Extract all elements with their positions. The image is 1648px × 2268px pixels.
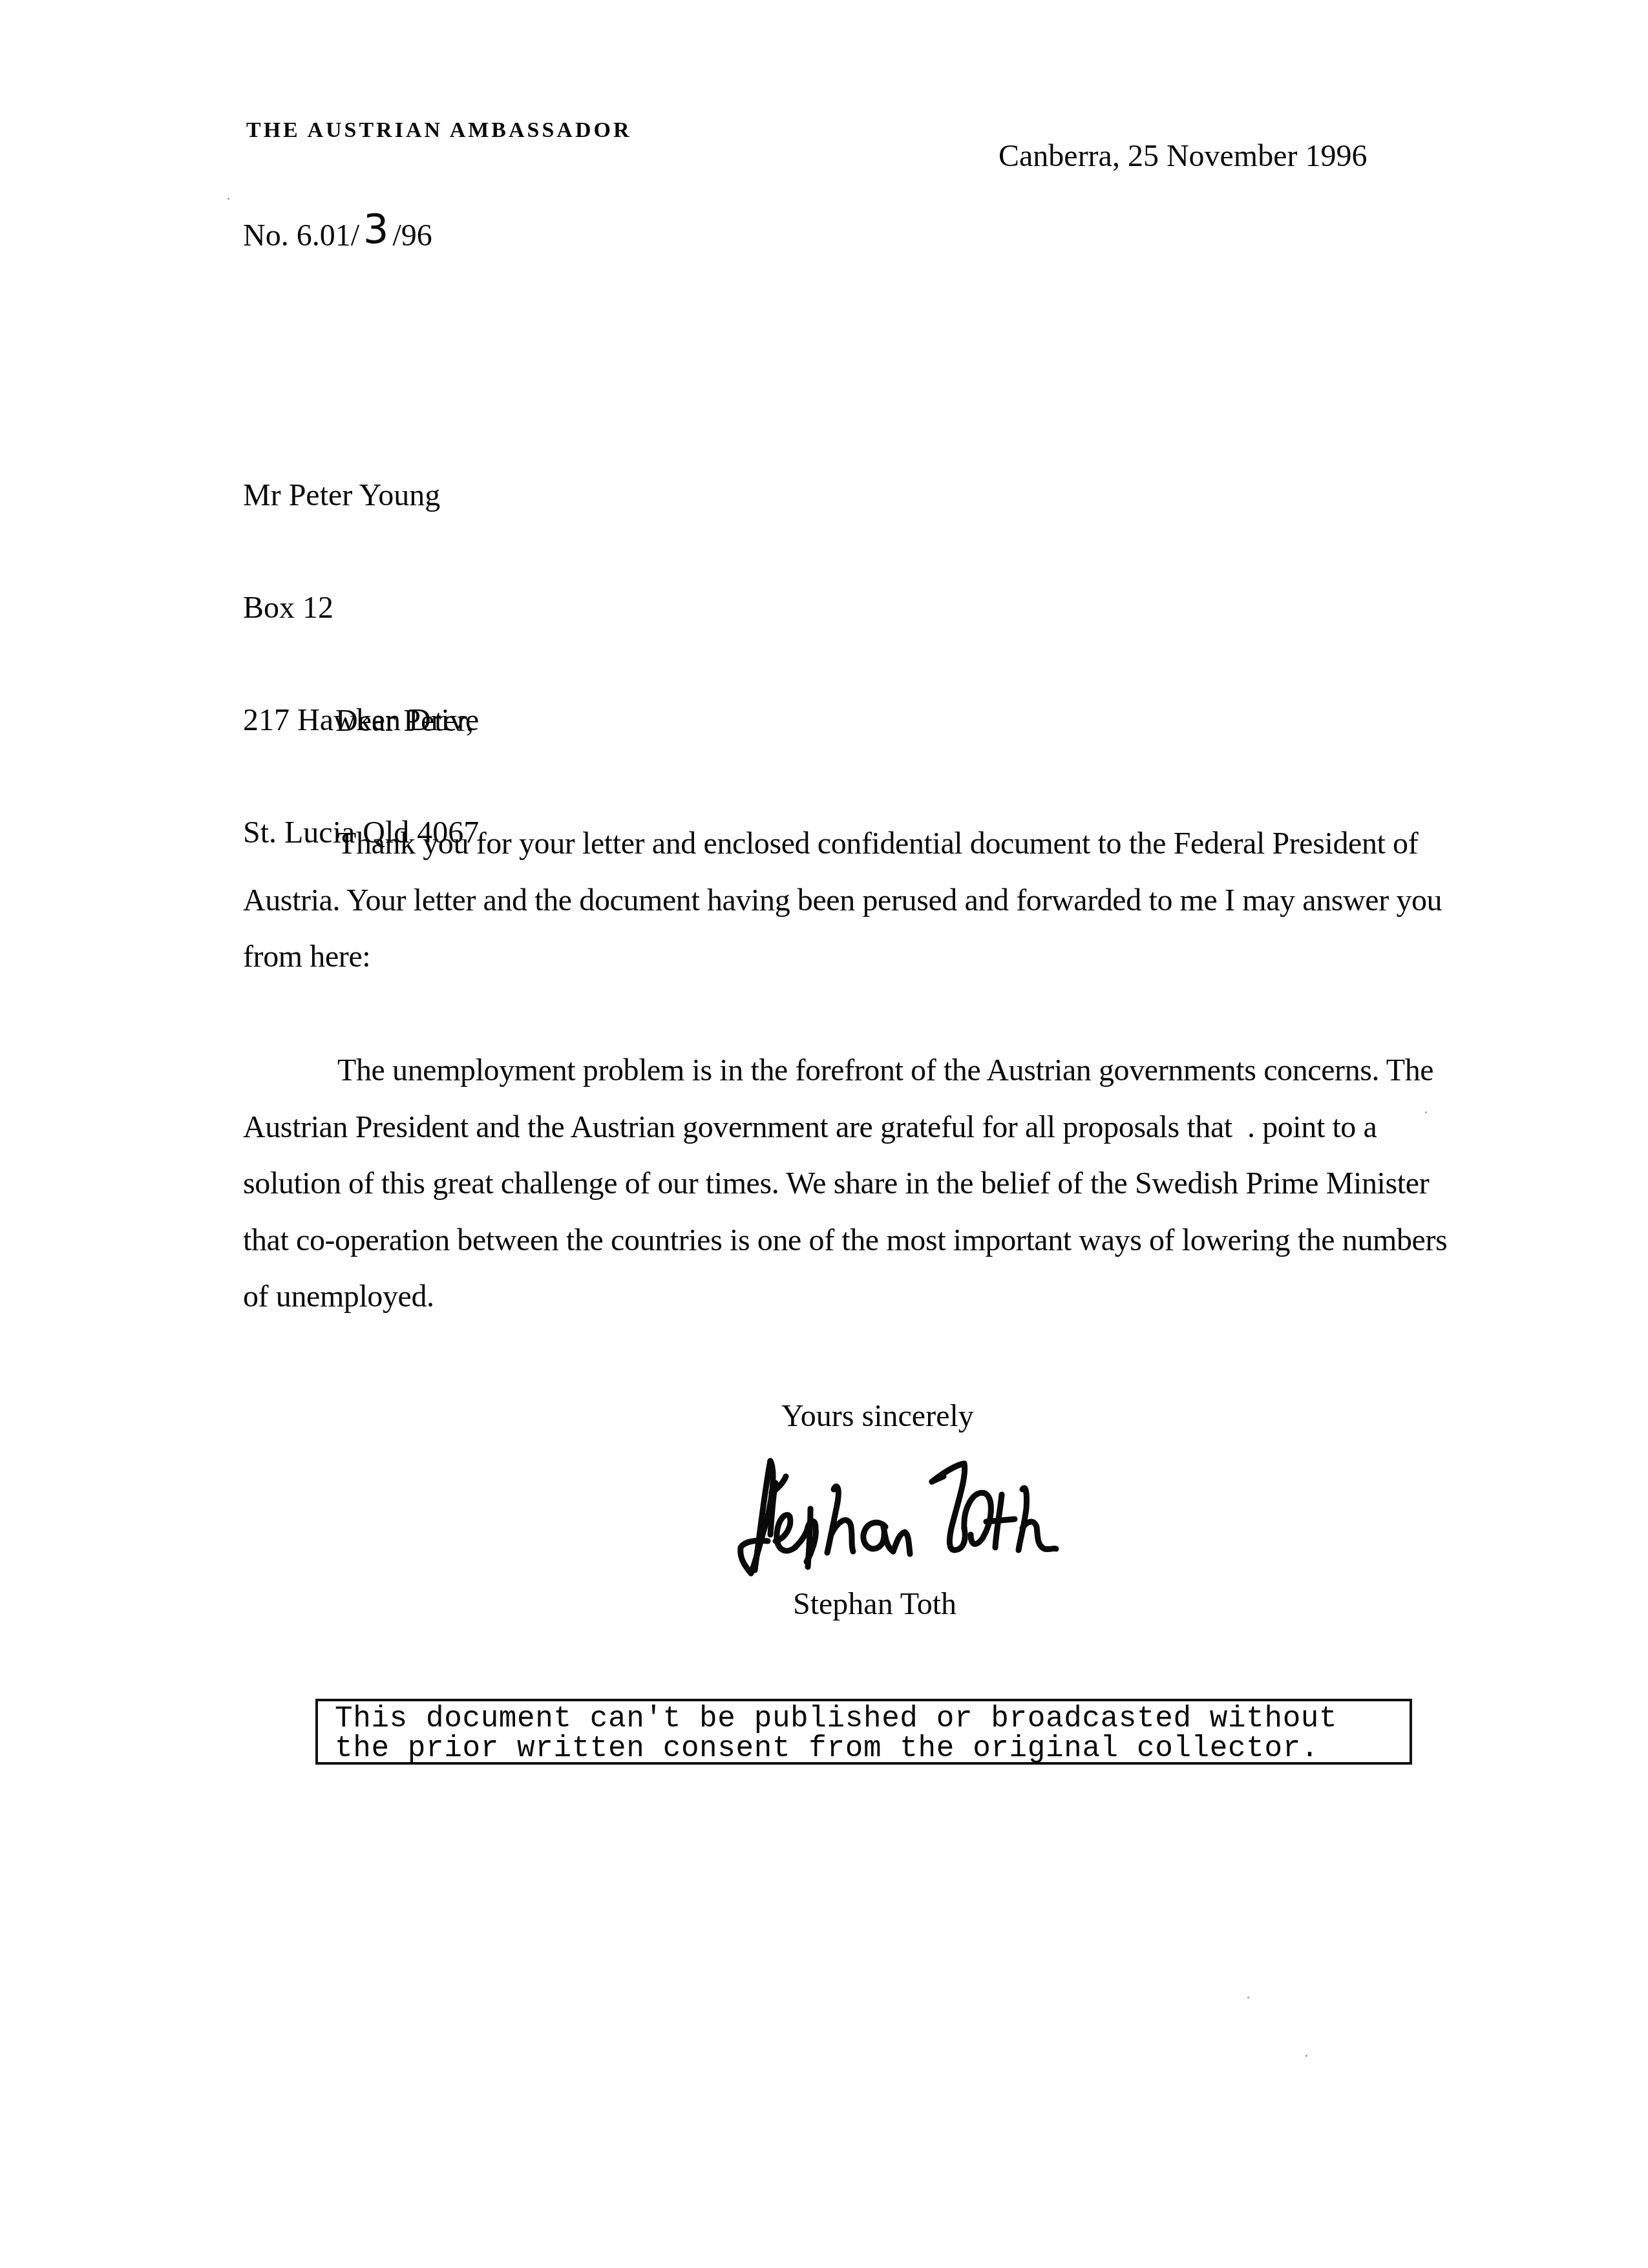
address-line: Mr Peter Young (243, 477, 479, 514)
paragraph-line: solution of this great challenge of our … (243, 1155, 1447, 1212)
paragraph-line: Thank you for your letter and enclosed c… (243, 815, 1442, 872)
reference-suffix: /96 (392, 218, 432, 253)
paragraph-line: from here: (243, 929, 1442, 985)
scan-speck (1247, 1997, 1249, 1999)
reference-prefix: No. 6.01/ (243, 218, 359, 253)
disclaimer-box: This document can't be published or broa… (315, 1699, 1412, 1765)
scan-speck (1425, 1111, 1427, 1113)
place-date: Canberra, 25 November 1996 (998, 138, 1368, 174)
paragraph-line: that co-operation between the countries … (243, 1212, 1447, 1269)
scan-speck (227, 198, 229, 200)
body-paragraph-1: Thank you for your letter and enclosed c… (243, 815, 1442, 985)
disclaimer-line: This document can't be published or broa… (335, 1704, 1410, 1734)
address-line: Box 12 (243, 589, 479, 627)
paragraph-line: of unemployed. (243, 1268, 1447, 1325)
disclaimer-line: the prior written consent from the origi… (335, 1734, 1410, 1763)
body-paragraph-2: The unemployment problem is in the foref… (243, 1042, 1447, 1325)
reference-number: No. 6.01/3/96 (243, 208, 432, 255)
letterhead-title: THE AUSTRIAN AMBASSADOR (246, 118, 631, 143)
signature-icon (730, 1444, 1247, 1586)
paragraph-line: Austria. Your letter and the document ha… (243, 872, 1442, 929)
paragraph-line: Austrian President and the Austrian gove… (243, 1099, 1447, 1156)
scan-speck (1305, 2055, 1307, 2057)
signer-name: Stephan Toth (793, 1586, 956, 1622)
salutation: Dear Peter, (335, 703, 474, 739)
reference-handwritten-number: 3 (359, 205, 392, 253)
paragraph-line: The unemployment problem is in the foref… (243, 1042, 1447, 1099)
closing: Yours sincerely (781, 1398, 974, 1434)
